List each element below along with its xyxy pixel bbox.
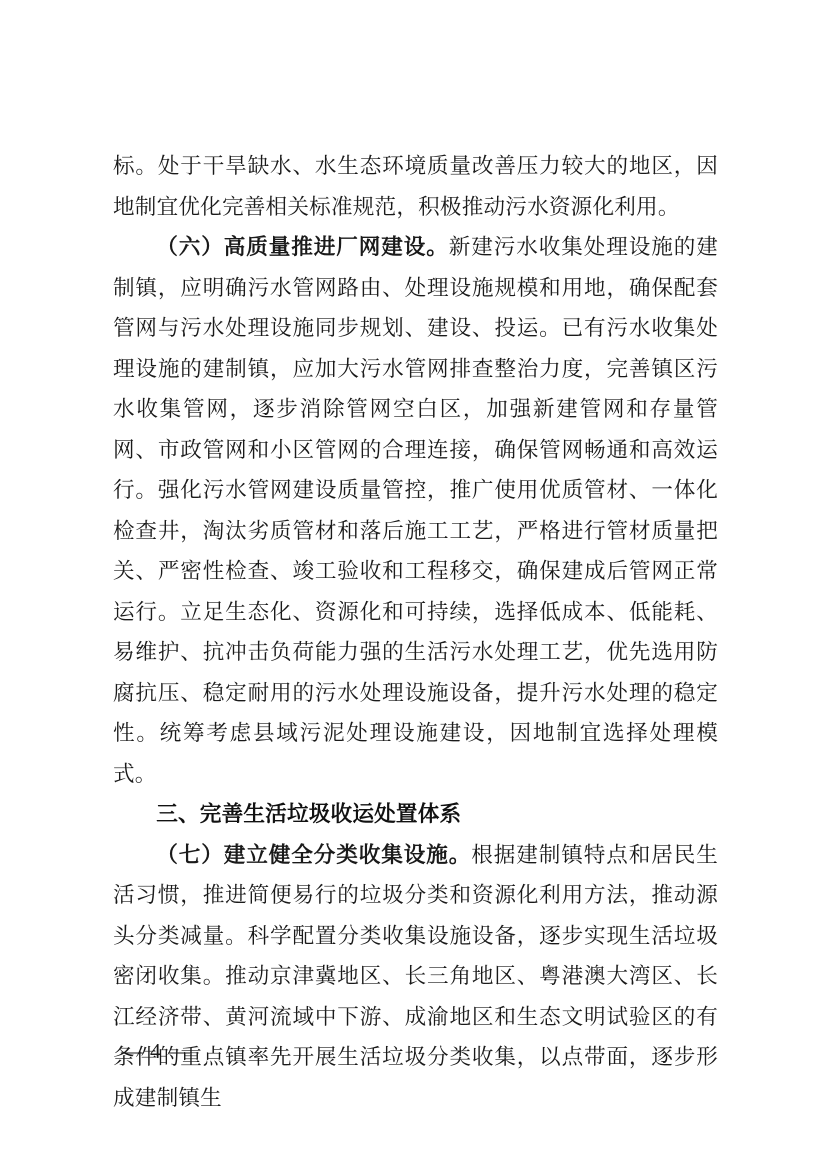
document-page: 标。处于干旱缺水、水生态环境质量改善压力较大的地区，因地制宜优化完善相关标准规范… [0, 0, 826, 1169]
page-number: — 4 — [121, 1038, 191, 1064]
item-6-title: （六）高质量推进厂网建设。 [156, 235, 449, 259]
paragraph-item-7: （七）建立健全分类收集设施。根据建制镇特点和居民生活习惯，推进简便易行的垃圾分类… [113, 835, 718, 1119]
paragraph-item-6: （六）高质量推进厂网建设。新建污水收集处理设施的建制镇，应明确污水管网路由、处理… [113, 227, 718, 794]
item-7-title: （七）建立健全分类收集设施。 [156, 843, 471, 867]
paragraph-continuation: 标。处于干旱缺水、水生态环境质量改善压力较大的地区，因地制宜优化完善相关标准规范… [113, 146, 718, 227]
document-body: 标。处于干旱缺水、水生态环境质量改善压力较大的地区，因地制宜优化完善相关标准规范… [113, 146, 718, 1118]
section-3-heading: 三、完善生活垃圾收运处置体系 [113, 794, 718, 835]
item-7-text: 根据建制镇特点和居民生活习惯，推进简便易行的垃圾分类和资源化利用方法，推动源头分… [113, 843, 718, 1110]
item-6-text: 新建污水收集处理设施的建制镇，应明确污水管网路由、处理设施规模和用地，确保配套管… [113, 235, 718, 786]
